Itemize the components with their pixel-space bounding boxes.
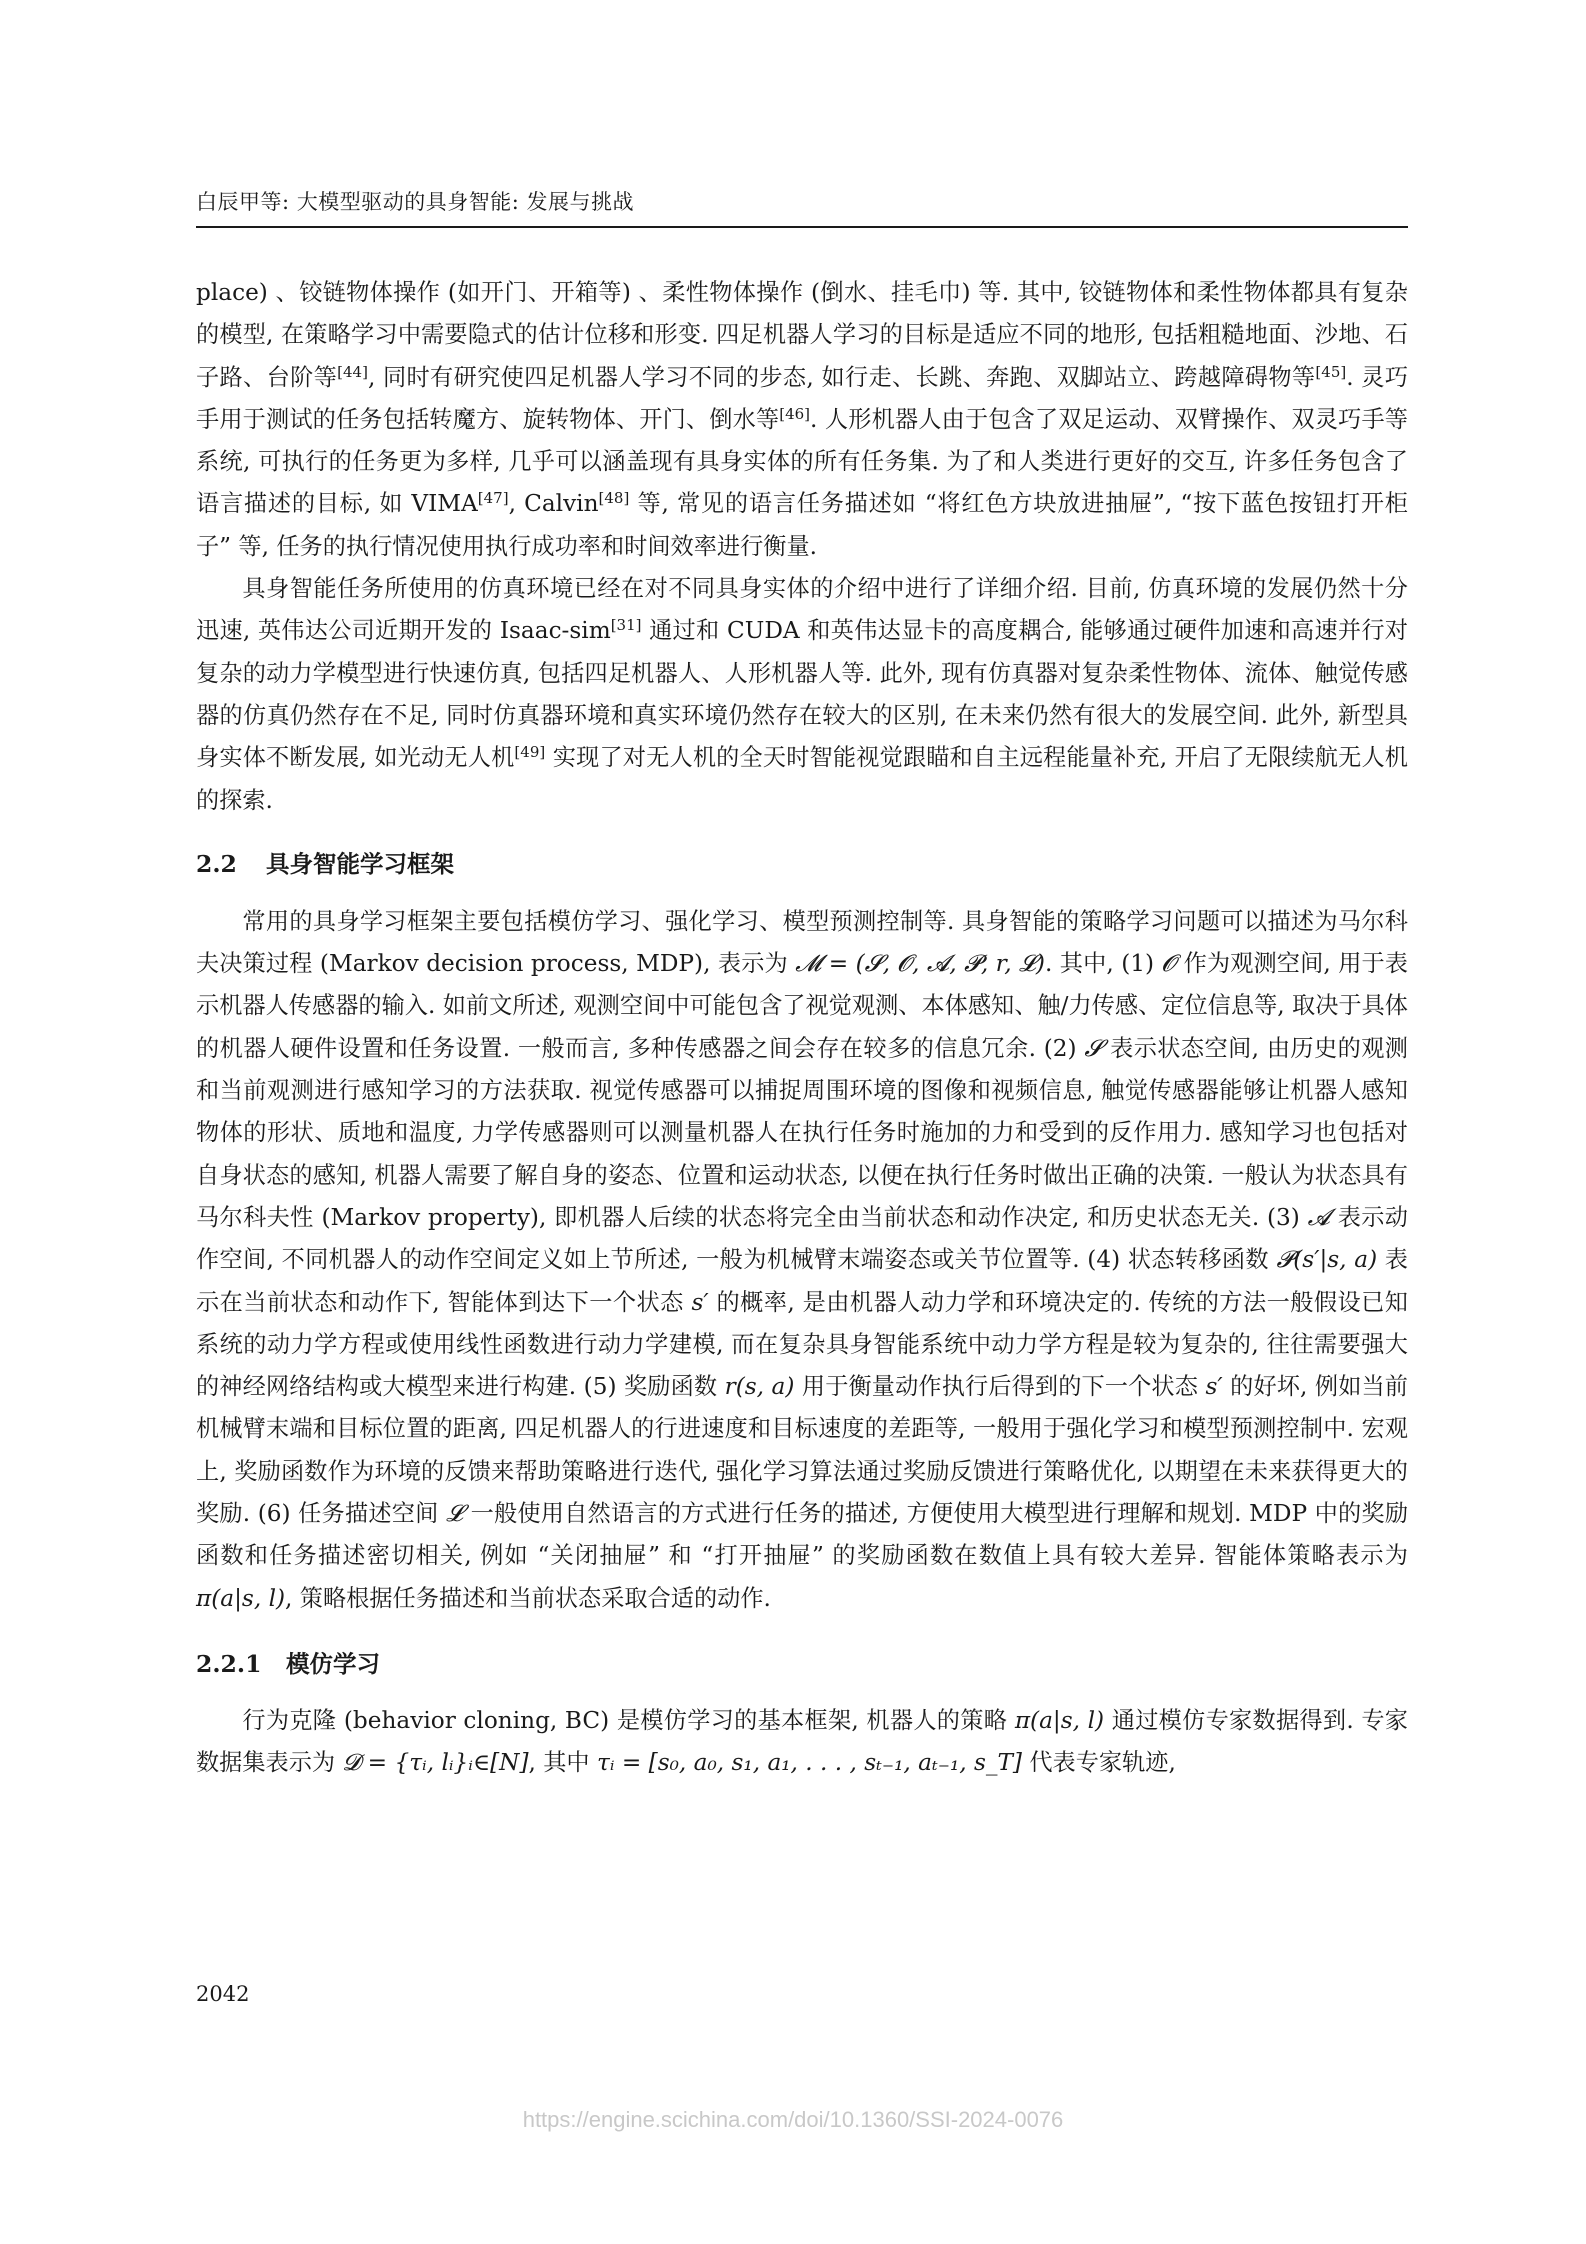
text-run: , 其中: [529, 1749, 598, 1776]
paragraph-behavior-cloning: 行为克隆 (behavior cloning, BC) 是模仿学习的基本框架, …: [196, 1700, 1408, 1785]
section-number: 2.2: [196, 844, 266, 884]
citation-44[interactable]: [44]: [337, 362, 368, 380]
math-observation-space: 𝓞: [1162, 950, 1177, 977]
section-title: 具身智能学习框架: [266, 850, 454, 878]
text-run: 表示状态空间, 由历史的观测和当前观测进行感知学习的方法获取. 视觉传感器可以捕…: [196, 1035, 1408, 1231]
math-trajectory: τᵢ = [s₀, a₀, s₁, a₁, . . . , sₜ₋₁, aₜ₋₁…: [597, 1749, 1022, 1776]
section-number: 2.2.1: [196, 1644, 286, 1684]
article-body: place) 、铰链物体操作 (如开门、开箱等) 、柔性物体操作 (倒水、挂毛巾…: [196, 272, 1408, 1785]
math-transition: 𝓟(s′|s, a): [1277, 1246, 1378, 1273]
citation-31[interactable]: [31]: [611, 616, 642, 634]
citation-47[interactable]: [47]: [478, 489, 509, 507]
citation-49[interactable]: [49]: [514, 743, 545, 761]
citation-45[interactable]: [45]: [1315, 362, 1346, 380]
text-run: , Calvin: [509, 490, 599, 517]
math-policy: π(a|s, l): [196, 1585, 285, 1612]
header-rule: [196, 226, 1408, 228]
math-reward: r(s, a): [725, 1373, 795, 1400]
math-next-state: s′: [1205, 1373, 1222, 1400]
section-heading-2-2: 2.2具身智能学习框架: [196, 844, 1408, 884]
running-head-title: 白辰甲等: 大模型驱动的具身智能: 发展与挑战: [196, 186, 1408, 216]
page-number: 2042: [196, 1982, 249, 2006]
section-title: 模仿学习: [286, 1650, 380, 1678]
text-run: 用于衡量动作执行后得到的下一个状态: [794, 1373, 1205, 1400]
math-dataset: 𝓓 = {τᵢ, lᵢ}ᵢ∈[N]: [343, 1749, 529, 1776]
paragraph-mdp: 常用的具身学习框架主要包括模仿学习、强化学习、模型预测控制等. 具身智能的策略学…: [196, 901, 1408, 1620]
math-policy: π(a|s, l): [1015, 1707, 1104, 1734]
math-mdp-tuple: 𝓜 = (𝓢, 𝓞, 𝓐, 𝓟, r, 𝓛): [795, 950, 1045, 977]
text-run: , 策略根据任务描述和当前状态采取合适的动作.: [285, 1585, 771, 1612]
text-run: , 同时有研究使四足机器人学习不同的步态, 如行走、长跳、奔跑、双脚站立、跨越障…: [368, 364, 1315, 391]
math-next-state: s′: [692, 1289, 709, 1316]
doi-watermark-link[interactable]: https://engine.scichina.com/doi/10.1360/…: [0, 2107, 1586, 2133]
citation-46[interactable]: [46]: [779, 405, 810, 423]
math-task-space: 𝓛: [446, 1500, 463, 1527]
math-action-space: 𝓐: [1308, 1204, 1330, 1231]
text-run: 代表专家轨迹,: [1022, 1749, 1176, 1776]
text-run: . 其中, (1): [1045, 950, 1162, 977]
paragraph-simulation: 具身智能任务所使用的仿真环境已经在对不同具身实体的介绍中进行了详细介绍. 目前,…: [196, 568, 1408, 822]
paragraph-task-types: place) 、铰链物体操作 (如开门、开箱等) 、柔性物体操作 (倒水、挂毛巾…: [196, 272, 1408, 568]
text-run: 行为克隆 (behavior cloning, BC) 是模仿学习的基本框架, …: [242, 1707, 1014, 1734]
section-heading-2-2-1: 2.2.1模仿学习: [196, 1644, 1408, 1684]
citation-48[interactable]: [48]: [599, 489, 630, 507]
math-state-space: 𝓢: [1084, 1035, 1102, 1062]
